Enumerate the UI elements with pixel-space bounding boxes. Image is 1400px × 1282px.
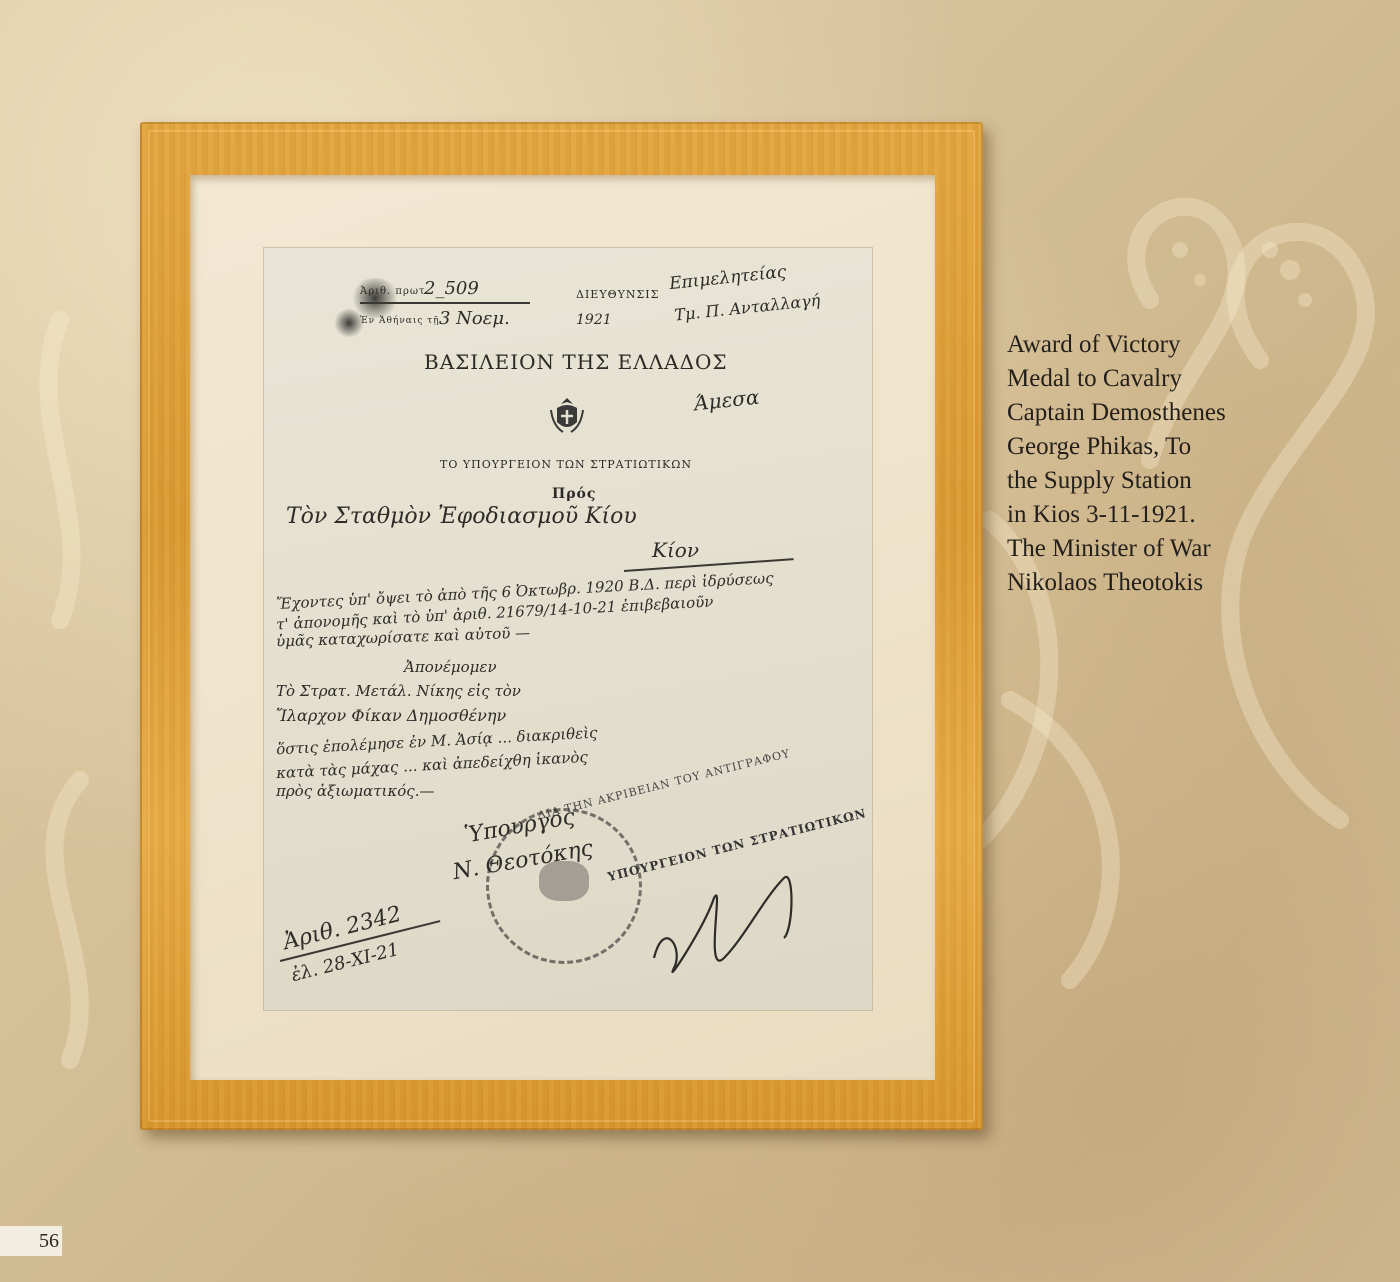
directorate-handwritten-1: Επιμελητείας xyxy=(668,262,787,294)
caption-line: Nikolaos Theotokis xyxy=(1007,566,1297,600)
directorate-handwritten-2: Τμ. Π. Ανταλλαγή xyxy=(673,290,821,324)
caption-line: George Phikas, To xyxy=(1007,430,1297,464)
recipient-line-2: Κίον xyxy=(652,538,699,562)
historical-document: Ἀριθ. πρωτ. 2_509 Ἐν Ἀθήναις τῇ 3 Νοεμ. … xyxy=(264,248,872,1010)
handwritten-note-right: Άμεσα xyxy=(693,385,760,416)
caption-line: the Supply Station xyxy=(1007,464,1297,498)
ministry-heading: ΤΟ ΥΠΟΥΡΓΕΙΟΝ ΤΩΝ ΣΤΡΑΤΙΩΤΙΚΩΝ xyxy=(440,458,692,471)
body-line: Ἀπονέμομεν xyxy=(404,658,497,676)
coat-of-arms-icon xyxy=(549,396,585,436)
protocol-label: Ἀριθ. πρωτ. xyxy=(360,286,430,297)
document-title: ΒΑΣΙΛΕΙΟΝ ΤΗΣ ΕΛΛΑΔΟΣ xyxy=(424,350,728,374)
place-date-label: Ἐν Ἀθήναις τῇ xyxy=(360,316,440,326)
recipient-line-1: Τὸν Σταθμὸν Ἐφοδιασμοῦ Κίου xyxy=(286,504,637,529)
page-number: 56 xyxy=(0,1226,62,1256)
protocol-number: 2_509 xyxy=(424,278,479,299)
caption-line: in Kios 3-11-1921. xyxy=(1007,498,1297,532)
underline xyxy=(360,302,530,304)
directorate-label: ΔΙΕΥΘΥΝΣΙΣ xyxy=(576,288,659,301)
to-label: Πρός xyxy=(552,486,596,502)
body-line: Τὸ Στρατ. Μετάλ. Νίκης εἰς τὸν xyxy=(276,682,521,700)
caption-line: Captain Demosthenes xyxy=(1007,396,1297,430)
stamp-emblem xyxy=(539,861,589,901)
caption-line: Medal to Cavalry xyxy=(1007,362,1297,396)
caption-line: The Minister of War xyxy=(1007,532,1297,566)
date-handwritten: 3 Νοεμ. xyxy=(439,308,510,329)
frame-mat: Ἀριθ. πρωτ. 2_509 Ἐν Ἀθήναις τῇ 3 Νοεμ. … xyxy=(190,175,935,1080)
body-line: Ἴλαρχον Φίκαν Δημοσθένην xyxy=(276,706,506,725)
official-stamp xyxy=(486,808,642,964)
year: 1921 xyxy=(576,312,612,328)
photo-caption: Award of Victory Medal to Cavalry Captai… xyxy=(1007,328,1297,600)
body-line: πρὸς ἀξιωματικός.— xyxy=(276,782,434,800)
caption-line: Award of Victory xyxy=(1007,328,1297,362)
minister-signature xyxy=(644,838,804,988)
picture-frame: Ἀριθ. πρωτ. 2_509 Ἐν Ἀθήναις τῇ 3 Νοεμ. … xyxy=(140,122,983,1130)
